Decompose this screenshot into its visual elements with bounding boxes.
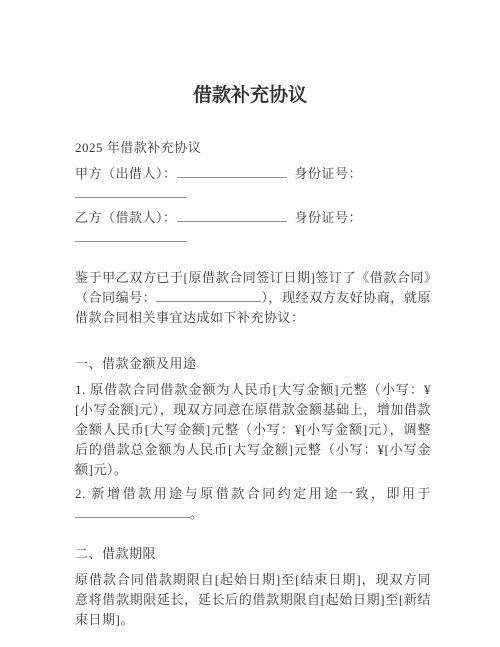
party-a-id-line bbox=[75, 184, 431, 204]
document-subtitle: 2025 年借款补充协议 bbox=[75, 138, 431, 158]
document-page: 借款补充协议 2025 年借款补充协议 甲方（出借人）：身份证号： 乙方（借款人… bbox=[0, 0, 500, 630]
document-body: 2025 年借款补充协议 甲方（出借人）：身份证号： 乙方（借款人）：身份证号：… bbox=[75, 138, 431, 630]
section-1-item-1: 1. 原借款合同借款金额为人民币[大写金额]元整（小写：¥[小写金额]元），现双… bbox=[75, 380, 431, 480]
party-b-line: 乙方（借款人）：身份证号： bbox=[75, 208, 431, 228]
section-1-heading: 一、借款金额及用途 bbox=[75, 354, 431, 374]
contract-number-blank[interactable] bbox=[156, 289, 261, 302]
item-2-text: 2. 新增借款用途与原借款合同约定用途一致，即用于 bbox=[75, 486, 431, 501]
party-a-block: 甲方（出借人）：身份证号： bbox=[75, 164, 431, 204]
loan-purpose-blank[interactable] bbox=[75, 505, 190, 518]
party-b-label: 乙方（借款人）： bbox=[75, 210, 177, 225]
party-b-id-line bbox=[75, 228, 431, 248]
party-b-name-blank[interactable] bbox=[177, 209, 287, 222]
item-2-period: 。 bbox=[190, 506, 204, 521]
section-1-item-2: 2. 新增借款用途与原借款合同约定用途一致，即用于。 bbox=[75, 484, 431, 524]
party-a-id-label: 身份证号： bbox=[295, 166, 363, 181]
party-b-block: 乙方（借款人）：身份证号： bbox=[75, 208, 431, 248]
party-b-id-blank[interactable] bbox=[75, 229, 187, 242]
party-b-id-label: 身份证号： bbox=[295, 210, 363, 225]
party-a-line: 甲方（出借人）：身份证号： bbox=[75, 164, 431, 184]
preamble-paragraph: 鉴于甲乙双方已于[原借款合同签订日期]签订了《借款合同》（合同编号：），现经双方… bbox=[75, 268, 431, 328]
section-2-body: 原借款合同借款期限自[起始日期]至[结束日期]，现双方同意将借款期限延长，延长后… bbox=[75, 570, 431, 630]
party-a-label: 甲方（出借人）： bbox=[75, 166, 177, 181]
party-a-name-blank[interactable] bbox=[177, 165, 287, 178]
document-title: 借款补充协议 bbox=[0, 84, 500, 107]
party-a-id-blank[interactable] bbox=[75, 185, 187, 198]
section-2-heading: 二、借款期限 bbox=[75, 544, 431, 564]
